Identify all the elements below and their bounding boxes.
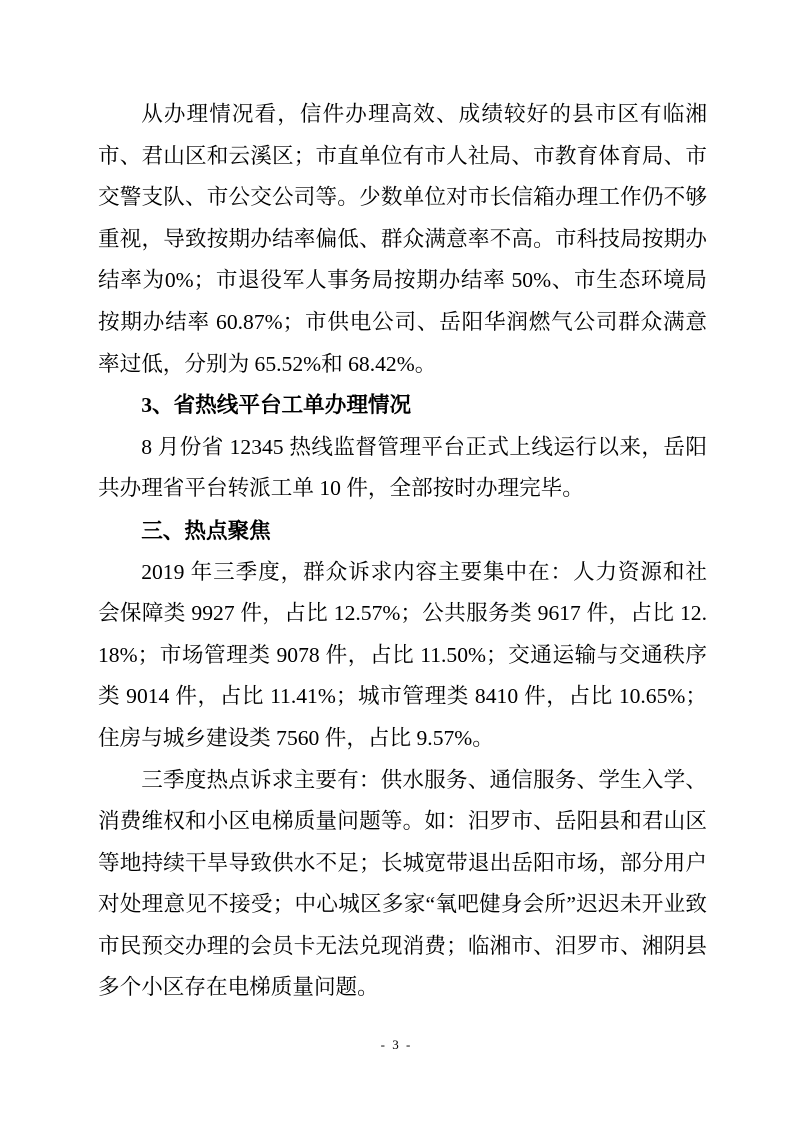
page-number: - 3 - (381, 1037, 413, 1052)
heading-hotspot-focus: 三、热点聚焦 (98, 510, 707, 552)
paragraph-q3-demand-statistics: 2019 年三季度，群众诉求内容主要集中在：人力资源和社会保障类 9927 件，… (98, 552, 707, 760)
paragraph-q3-hotspot-issues: 三季度热点诉求主要有：供水服务、通信服务、学生入学、消费维权和小区电梯质量问题等… (98, 760, 707, 1010)
heading-provincial-hotline-workorders: 3、省热线平台工单办理情况 (98, 385, 707, 427)
paragraph-mailbox-handling-overview: 从办理情况看，信件办理高效、成绩较好的县市区有临湘市、君山区和云溪区；市直单位有… (98, 94, 707, 385)
paragraph-provincial-platform-stats: 8 月份省 12345 热线监督管理平台正式上线运行以来，岳阳共办理省平台转派工… (98, 427, 707, 510)
page-footer: - 3 - (0, 1036, 793, 1054)
document-page: 从办理情况看，信件办理高效、成绩较好的县市区有临湘市、君山区和云溪区；市直单位有… (0, 0, 793, 1122)
document-body: 从办理情况看，信件办理高效、成绩较好的县市区有临湘市、君山区和云溪区；市直单位有… (98, 94, 707, 1009)
